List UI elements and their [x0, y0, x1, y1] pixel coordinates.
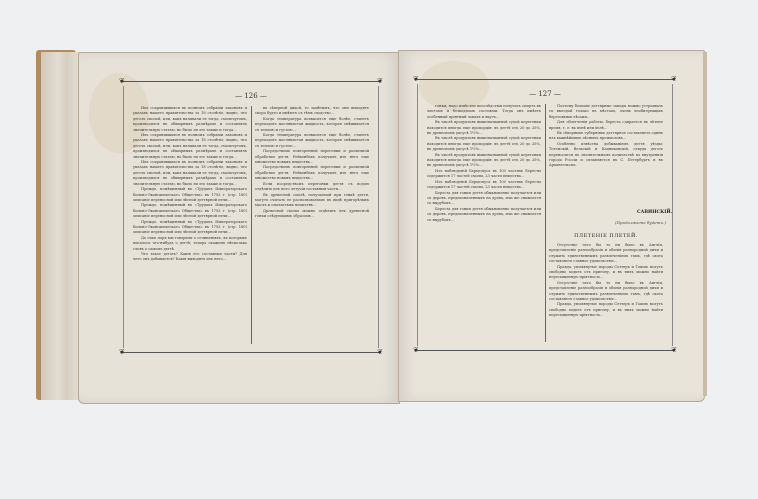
- text-column-2: Поэтому большіе дегтярные заводы можно у…: [549, 104, 663, 206]
- text-column-2: въ сѣверной дикой, то замѣтимъ, что они …: [255, 106, 369, 346]
- corner-ornament-icon: ❦: [119, 349, 125, 356]
- paragraph: Что такое деготь? Какія его составныя ча…: [133, 252, 247, 263]
- page-stack-left: [40, 52, 83, 400]
- section-text: Отсутствіе чего бы то ни было въ Англіи,…: [549, 243, 663, 343]
- paragraph: Правда, упомянутые породы Сеттеръ и Тошп…: [549, 265, 663, 281]
- paragraph: Для облегченія работы, береста сдирается…: [549, 120, 663, 131]
- text-column-1: гонки; надо извѣстно впослѣдствіи получа…: [427, 104, 541, 344]
- paragraph: Прежде, помѣщенный въ «Трудахъ Император…: [133, 220, 247, 236]
- corner-ornament-icon: ❦: [671, 347, 677, 354]
- paragraph: Прежде, помѣщенный въ «Трудахъ Император…: [133, 203, 247, 219]
- paragraph: Въ древесной смолѣ, получаемой при гонкѣ…: [255, 193, 369, 209]
- frame-left-rule: [123, 86, 124, 348]
- paragraph: Когда температура возвысится еще болѣе, …: [255, 133, 369, 149]
- frame-right-rule: [378, 86, 379, 348]
- left-page-frame: ❦ ❦ ❦ ❦ — 126 — Ихъ сохранившихся въ пол…: [121, 81, 381, 353]
- paragraph: Отсутствіе чего бы то ни было въ Англіи,…: [549, 243, 663, 265]
- paragraph: Посредствомъ повторенной перегонки и раз…: [255, 165, 369, 181]
- paragraph: Прежде, помѣщенный въ «Трудахъ Император…: [133, 187, 247, 203]
- right-page: ❦ ❦ ❦ ❦ — 127 — гонки; надо извѣстно впо…: [398, 50, 705, 402]
- paragraph: Въ сѣверныхъ губерніяхъ дегтярное состав…: [549, 131, 663, 142]
- paragraph: Береста для гонки дегтя обыкновенно полу…: [427, 191, 541, 207]
- corner-ornament-icon: ❦: [377, 349, 383, 356]
- page-number: — 127 —: [415, 90, 675, 98]
- paragraph: Ихъ сохранившихся въ полномъ собраніи за…: [133, 133, 247, 160]
- paragraph: Ихъ сохранившихся въ полномъ собраніи за…: [133, 106, 247, 133]
- left-page: ❦ ❦ ❦ ❦ — 126 — Ихъ сохранившихся въ пол…: [78, 52, 400, 404]
- paragraph: Ихъ сохранившихся въ полномъ собраніи за…: [133, 160, 247, 187]
- paragraph: Если посредствомъ перегонки дегтя съ вод…: [255, 182, 369, 193]
- paragraph: Когда температура возвысится еще болѣе, …: [255, 117, 369, 133]
- paragraph: Поэтому большіе дегтярные заводы можно у…: [549, 104, 663, 120]
- page-number: — 126 —: [121, 92, 381, 100]
- section-heading: ПЛЕТЕНІЕ ПЛЕТЕЙ.: [549, 233, 663, 239]
- paragraph: Изъ наблюденій Берцеліуса въ 100 частяхъ…: [427, 180, 541, 191]
- frame-left-rule: [417, 84, 418, 346]
- frame-right-rule: [672, 84, 673, 346]
- paragraph: Въ числѣ продуктовъ вышеназванной сухой …: [427, 120, 541, 136]
- continuation-note: (Продолженіе будетъ.): [615, 220, 666, 225]
- author-signature: САВИНСКІЙ.: [637, 210, 672, 215]
- paragraph: Древесной смолы можно отдѣлить изъ древе…: [255, 209, 369, 220]
- paragraph: гонки; надо извѣстно впослѣдствіи получа…: [427, 104, 541, 120]
- column-divider: [545, 104, 546, 342]
- paragraph: Въ числѣ продуктовъ вышеназванной сухой …: [427, 153, 541, 169]
- paragraph: До сихъ поръ мы говорили о сочиненіяхъ, …: [133, 236, 247, 252]
- corner-ornament-icon: ❦: [377, 78, 383, 85]
- paragraph: Въ числѣ продуктовъ вышеназванной сухой …: [427, 136, 541, 152]
- text-column-1: Ихъ сохранившихся въ полномъ собраніи за…: [133, 106, 247, 346]
- paragraph: Изъ наблюденій Берцеліуса въ 100 частяхъ…: [427, 169, 541, 180]
- corner-ornament-icon: ❦: [671, 76, 677, 83]
- paragraph: въ сѣверной дикой, то замѣтимъ, что они …: [255, 106, 369, 117]
- paragraph: Береста для гонки дегтя обыкновенно полу…: [427, 207, 541, 223]
- book-cover-right-edge: [703, 52, 707, 396]
- paragraph: Посредствомъ повторенной перегонки и раз…: [255, 149, 369, 165]
- right-page-frame: ❦ ❦ ❦ ❦ — 127 — гонки; надо извѣстно впо…: [415, 79, 675, 351]
- paragraph: Отсутствіе чего бы то ни было въ Англіи,…: [549, 281, 663, 303]
- corner-ornament-icon: ❦: [413, 347, 419, 354]
- corner-ornament-icon: ❦: [119, 78, 125, 85]
- corner-ornament-icon: ❦: [413, 76, 419, 83]
- column-divider: [251, 106, 252, 344]
- paragraph: Особенно извѣстна добываніемъ дегтя уѣзд…: [549, 142, 663, 169]
- paragraph: Правда, упомянутые породы Сеттеръ и Тошп…: [549, 302, 663, 318]
